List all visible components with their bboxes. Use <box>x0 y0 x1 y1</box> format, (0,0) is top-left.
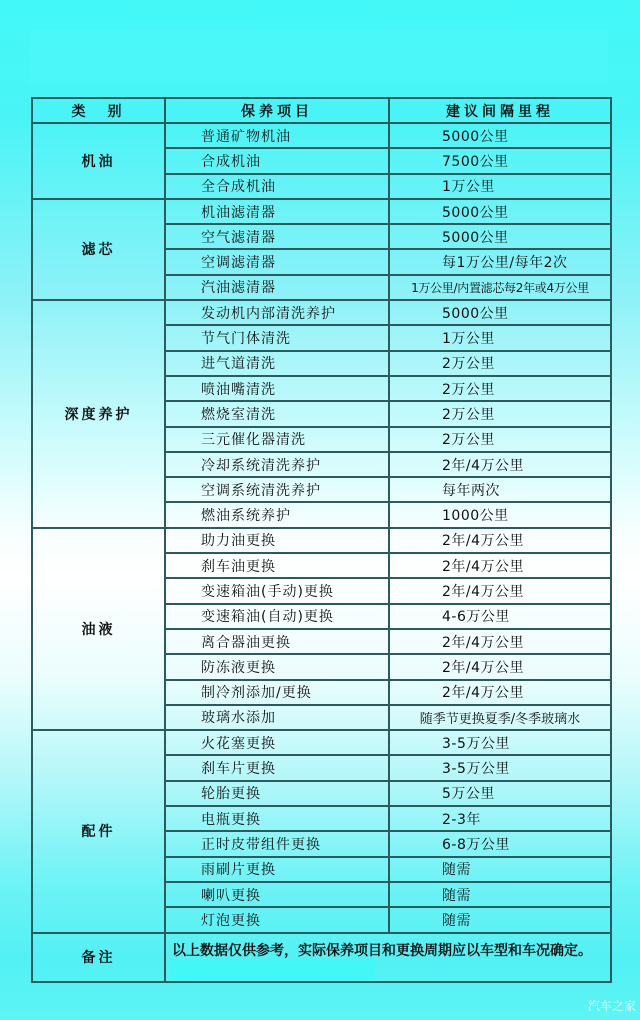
item-cell: 防冻液更换 <box>165 654 389 679</box>
interval-cell: 1万公里 <box>389 174 611 199</box>
interval-cell: 每年两次 <box>389 477 611 502</box>
note-text: 以上数据仅供参考，实际保养项目和更换周期应以车型和车况确定。 <box>172 943 592 959</box>
interval-cell: 随需 <box>389 907 611 932</box>
category-filters: 滤芯 <box>32 199 165 300</box>
item-cell: 全合成机油 <box>165 174 389 199</box>
title-banner-blank <box>30 30 608 83</box>
item-cell: 火花塞更换 <box>165 730 389 755</box>
item-cell: 轮胎更换 <box>165 781 389 806</box>
item-cell: 普通矿物机油 <box>165 123 389 148</box>
interval-cell: 每1万公里/每年2次 <box>389 249 611 274</box>
item-cell: 喇叭更换 <box>165 882 389 907</box>
interval-cell: 2年/4万公里 <box>389 629 611 654</box>
interval-cell: 1万公里/内置滤芯每2年或4万公里 <box>389 275 611 300</box>
item-cell: 变速箱油(手动)更换 <box>165 578 389 603</box>
item-cell: 离合器油更换 <box>165 629 389 654</box>
item-cell: 汽油滤清器 <box>165 275 389 300</box>
interval-cell: 随季节更换夏季/冬季玻璃水 <box>389 705 611 730</box>
category-engine-oil: 机油 <box>32 123 165 199</box>
header-item: 保养项目 <box>165 98 389 123</box>
item-cell: 喷油嘴清洗 <box>165 376 389 401</box>
interval-cell: 2年/4万公里 <box>389 452 611 477</box>
table-row: 机油 普通矿物机油 5000公里 <box>32 123 611 148</box>
category-parts: 配件 <box>32 730 165 932</box>
interval-cell: 2年/4万公里 <box>389 528 611 553</box>
table-header-row: 类 别 保养项目 建议间隔里程 <box>32 98 611 123</box>
interval-cell: 随需 <box>389 882 611 907</box>
item-cell: 空气滤清器 <box>165 224 389 249</box>
interval-cell: 5000公里 <box>389 123 611 148</box>
item-cell: 刹车油更换 <box>165 553 389 578</box>
interval-cell: 2万公里 <box>389 351 611 376</box>
item-cell: 正时皮带组件更换 <box>165 831 389 856</box>
item-cell: 空调滤清器 <box>165 249 389 274</box>
item-cell: 电瓶更换 <box>165 806 389 831</box>
interval-cell: 7500公里 <box>389 148 611 173</box>
interval-cell: 2万公里 <box>389 427 611 452</box>
maintenance-table: 类 别 保养项目 建议间隔里程 机油 普通矿物机油 5000公里 合成机油 75… <box>31 97 612 983</box>
item-cell: 雨刷片更换 <box>165 857 389 882</box>
interval-cell: 2年/4万公里 <box>389 578 611 603</box>
interval-cell: 3-5万公里 <box>389 755 611 780</box>
interval-cell: 5000公里 <box>389 224 611 249</box>
interval-cell: 随需 <box>389 857 611 882</box>
interval-cell: 2万公里 <box>389 401 611 426</box>
item-cell: 玻璃水添加 <box>165 705 389 730</box>
item-cell: 冷却系统清洗养护 <box>165 452 389 477</box>
interval-cell: 1000公里 <box>389 502 611 527</box>
interval-cell: 1万公里 <box>389 325 611 350</box>
item-cell: 助力油更换 <box>165 528 389 553</box>
interval-cell: 3-5万公里 <box>389 730 611 755</box>
interval-cell: 6-8万公里 <box>389 831 611 856</box>
item-cell: 进气道清洗 <box>165 351 389 376</box>
item-cell: 合成机油 <box>165 148 389 173</box>
note-label: 备注 <box>32 933 165 982</box>
item-cell: 发动机内部清洗养护 <box>165 300 389 325</box>
header-interval: 建议间隔里程 <box>389 98 611 123</box>
item-cell: 灯泡更换 <box>165 907 389 932</box>
header-category: 类 别 <box>32 98 165 123</box>
note-cell: 以上数据仅供参考，实际保养项目和更换周期应以车型和车况确定。 <box>165 933 611 982</box>
interval-cell: 2年/4万公里 <box>389 654 611 679</box>
table-row: 滤芯 机油滤清器 5000公里 <box>32 199 611 224</box>
note-highlight-box <box>170 959 375 981</box>
interval-cell: 2年/4万公里 <box>389 553 611 578</box>
item-cell: 制冷剂添加/更换 <box>165 680 389 705</box>
interval-cell: 4-6万公里 <box>389 604 611 629</box>
note-row: 备注 以上数据仅供参考，实际保养项目和更换周期应以车型和车况确定。 <box>32 933 611 982</box>
item-cell: 变速箱油(自动)更换 <box>165 604 389 629</box>
table-row: 配件 火花塞更换 3-5万公里 <box>32 730 611 755</box>
interval-cell: 5万公里 <box>389 781 611 806</box>
item-cell: 机油滤清器 <box>165 199 389 224</box>
table-row: 油液 助力油更换 2年/4万公里 <box>32 528 611 553</box>
interval-cell: 2万公里 <box>389 376 611 401</box>
interval-cell: 2年/4万公里 <box>389 680 611 705</box>
watermark: 汽车之家 <box>588 997 636 1014</box>
category-fluids: 油液 <box>32 528 165 730</box>
item-cell: 空调系统清洗养护 <box>165 477 389 502</box>
item-cell: 燃烧室清洗 <box>165 401 389 426</box>
table-row: 深度养护 发动机内部清洗养护 5000公里 <box>32 300 611 325</box>
item-cell: 三元催化器清洗 <box>165 427 389 452</box>
item-cell: 节气门体清洗 <box>165 325 389 350</box>
item-cell: 燃油系统养护 <box>165 502 389 527</box>
category-deep-care: 深度养护 <box>32 300 165 528</box>
interval-cell: 2-3年 <box>389 806 611 831</box>
item-cell: 刹车片更换 <box>165 755 389 780</box>
interval-cell: 5000公里 <box>389 300 611 325</box>
interval-cell: 5000公里 <box>389 199 611 224</box>
